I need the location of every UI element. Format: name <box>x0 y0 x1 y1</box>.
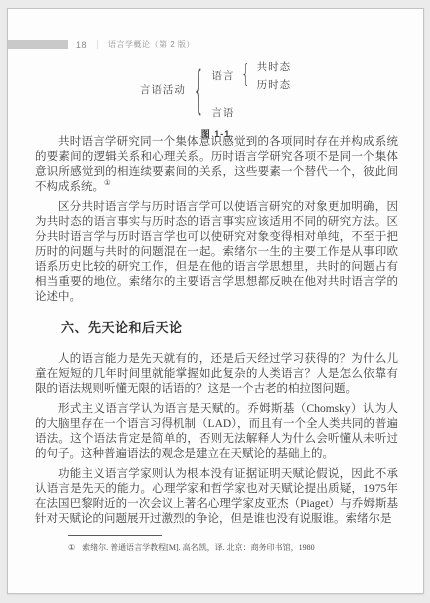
section-heading: 六、先天论和后天论 <box>35 319 398 336</box>
figure-leaf-synchronic: 共时态 <box>257 59 292 74</box>
figure-diagram: 言语活动 { 语言 { 共时态 历时态 言语 <box>140 59 291 120</box>
header-decor-bar <box>8 40 68 49</box>
header-separator: ｜ <box>93 38 102 51</box>
page-number: 18 <box>76 40 87 50</box>
paragraph: 人的语言能力是先天就有的，还是后天经过学习获得的？为什么儿童在短短的几年时间里就… <box>35 352 398 397</box>
figure-branch-speech: 言语 <box>211 105 234 120</box>
paragraph: 功能主义语言学家则认为根本没有证据证明天赋论假说，因此不承认语言是先天的能力。心… <box>35 467 398 527</box>
footnote-area: ①索绪尔. 普通语言学教程[M]. 高名凯，译. 北京：商务印书馆，1980 <box>68 535 315 553</box>
paragraph: 形式主义语言学认为语言是天赋的。乔姆斯基（Chomsky）认为人的大脑里存在一个… <box>35 402 398 462</box>
footnote-marker: ① <box>68 543 75 552</box>
book-page: 18 ｜ 语言学概论（第 2 版） 言语活动 { 语言 { 共时态 历时态 言语 <box>7 8 424 594</box>
small-brace-glyph: { <box>241 61 249 90</box>
running-header: 18 ｜ 语言学概论（第 2 版） <box>8 38 195 51</box>
footnote-ref-marker: ① <box>104 178 111 187</box>
paragraph: 区分共时语言学与历时语言学可以使语言研究的对象更加明确，因为共时态的语言事实与历… <box>35 200 398 305</box>
figure-1-1: 言语活动 { 语言 { 共时态 历时态 言语 图 1-1 <box>8 59 423 140</box>
paragraph: 共时语言学研究同一个集体意识感觉到的各项同时存在并构成系统的要素间的逻辑关系和心… <box>35 135 398 195</box>
footnote-rule <box>68 535 162 536</box>
footnote-citation: 索绪尔. 普通语言学教程[M]. 高名凯，译. 北京：商务印书馆，1980 <box>82 543 314 552</box>
book-title: 语言学概论（第 2 版） <box>108 39 195 50</box>
footnote-text: ①索绪尔. 普通语言学教程[M]. 高名凯，译. 北京：商务印书馆，1980 <box>68 542 315 553</box>
big-brace-glyph: { <box>194 59 204 120</box>
figure-leaf-diachronic: 历时态 <box>257 77 292 92</box>
figure-root-label: 言语活动 <box>140 82 186 97</box>
body-text: 共时语言学研究同一个集体意识感觉到的各项同时存在并构成系统的要素间的逻辑关系和心… <box>35 135 398 532</box>
figure-branch-language: 语言 <box>211 68 234 83</box>
